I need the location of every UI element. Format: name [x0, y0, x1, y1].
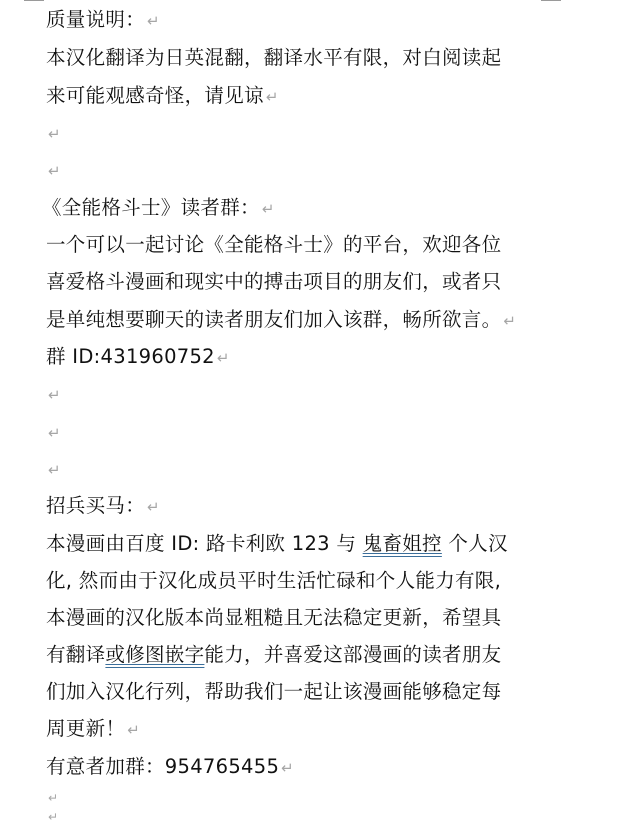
paragraph-mark-icon: ↵ [503, 312, 516, 330]
paragraph-mark-icon: ↵ [48, 125, 61, 143]
empty-paragraph: ↵ [46, 803, 58, 825]
page-corner-mark-left [24, 0, 44, 1]
group-line-2: 喜爱格斗漫画和现实中的搏击项目的朋友们，或者只 [46, 270, 501, 294]
recruit-contact: 有意者加群：954765455↵ [46, 755, 294, 780]
recruit-heading: 招兵买马：↵ [46, 494, 160, 519]
underlined-name-link[interactable]: 鬼畜姐控 [363, 532, 442, 555]
paragraph-mark-icon: ↵ [217, 349, 230, 367]
recruit-line-2: 化, 然而由于汉化成员平时生活忙碌和个人能力有限, [46, 569, 501, 593]
quality-heading: 质量说明：↵ [46, 8, 160, 33]
group-id: 群 ID:431960752↵ [46, 345, 230, 370]
paragraph-mark-icon: ↵ [48, 386, 61, 404]
paragraph-mark-icon: ↵ [127, 721, 140, 739]
paragraph-mark-icon: ↵ [147, 12, 160, 30]
group-heading: 《全能格斗士》读者群：↵ [42, 196, 275, 221]
empty-paragraph: ↵ [46, 457, 61, 482]
paragraph-mark-icon: ↵ [147, 498, 160, 516]
empty-paragraph: ↵ [46, 158, 61, 183]
paragraph-mark-icon: ↵ [266, 88, 279, 106]
recruit-line-5: 们加入汉化行列，帮助我们一起让该漫画能够稳定每 [46, 680, 501, 704]
empty-paragraph: ↵ [46, 420, 61, 445]
paragraph-mark-icon: ↵ [281, 759, 294, 777]
recruit-line-4: 有翻译或修图嵌字能力，并喜爱这部漫画的读者朋友 [46, 643, 501, 667]
recruit-line-6: 周更新！↵ [46, 717, 140, 742]
quality-line-2: 来可能观感奇怪，请见谅↵ [46, 84, 279, 109]
quality-line-1: 本汉化翻译为日英混翻，翻译水平有限，对白阅读起 [46, 46, 501, 70]
paragraph-mark-icon: ↵ [48, 461, 61, 479]
paragraph-mark-icon: ↵ [262, 200, 275, 218]
underlined-skill-text[interactable]: 或修图嵌字 [105, 643, 204, 666]
recruit-line-1: 本漫画由百度 ID: 路卡利欧 123 与 鬼畜姐控 个人汉 [46, 532, 508, 556]
paragraph-mark-icon: ↵ [48, 424, 61, 442]
recruit-line-3: 本漫画的汉化版本尚显粗糙且无法稳定更新，希望具 [46, 606, 501, 630]
paragraph-mark-icon: ↵ [48, 162, 61, 180]
group-line-3: 是单纯想要聊天的读者朋友们加入该群，畅所欲言。↵ [46, 308, 516, 333]
group-line-1: 一个可以一起讨论《全能格斗士》的平台，欢迎各位 [46, 233, 501, 257]
empty-paragraph: ↵ [46, 382, 61, 407]
page-corner-mark-right [541, 0, 561, 1]
empty-paragraph: ↵ [46, 121, 61, 146]
paragraph-mark-icon: ↵ [48, 810, 58, 824]
